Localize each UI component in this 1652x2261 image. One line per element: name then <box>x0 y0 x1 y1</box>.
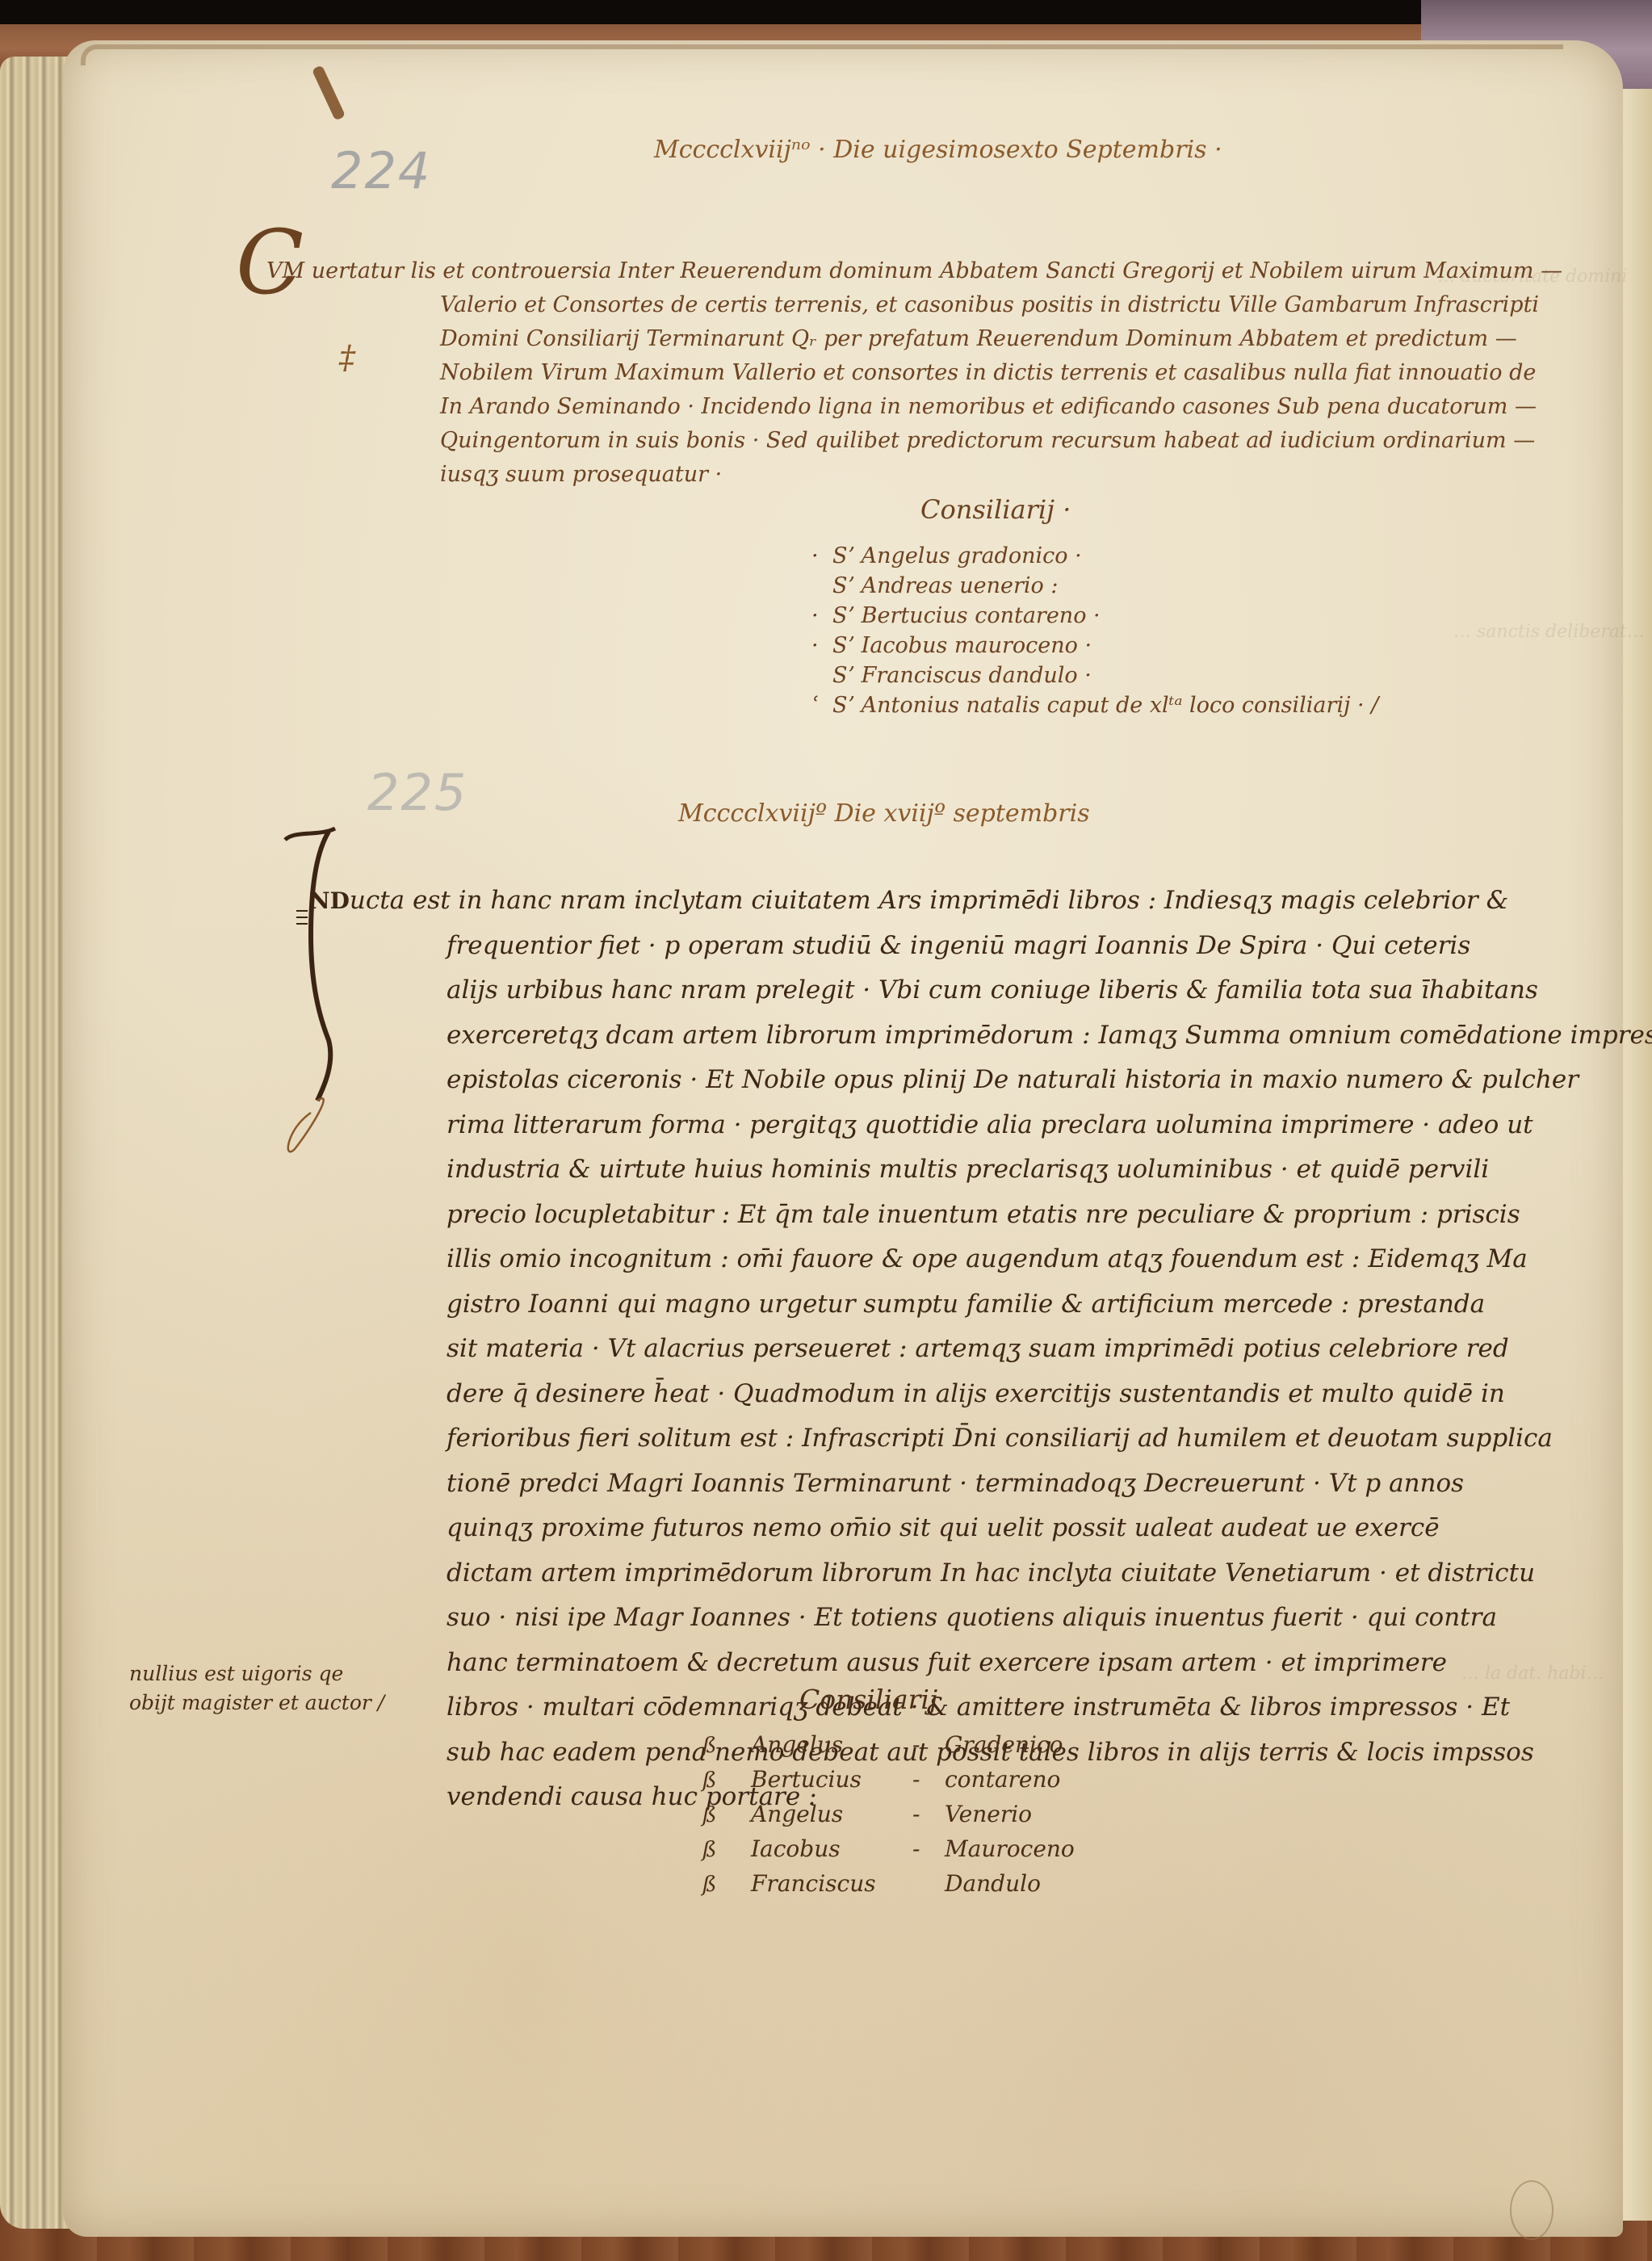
entry2-line: dictam artem imprimēdorum librorum In h… <box>447 1551 1625 1596</box>
counsel-member: Sʼ Franciscus dandulo · <box>811 661 1378 690</box>
signature-mark-icon: ß <box>702 1798 751 1832</box>
entry2-line: industria & uirtute huius hominis multis… <box>447 1147 1625 1193</box>
entry1-line: Quingentorum in suis bonis · Sed quilibe… <box>440 424 1554 458</box>
entry2-line: hanc terminatoem & decretum ausus fuit e… <box>447 1641 1625 1686</box>
entry2-line-text: est in hanc nram inclytam ciuitatem Ars … <box>413 886 1508 915</box>
member-name: Sʼ Bertucius contareno · <box>832 603 1101 628</box>
member-given-name: Franciscus <box>751 1867 912 1901</box>
entry2-line: dere q̄ desinere h̄eat · Quadmodum in al… <box>447 1372 1625 1417</box>
first-word-capitals: ND <box>309 887 350 914</box>
member-name: Sʼ Angelus gradonico · <box>832 543 1082 568</box>
counsel-member: ßAngelus-Gradenico <box>702 1728 1075 1763</box>
entry2-line: exerceretqʒ dcam artem librorum imprimē… <box>447 1013 1625 1059</box>
entry1-counsel-list: ·Sʼ Angelus gradonico · Sʼ Andreas uener… <box>811 541 1378 720</box>
member-family-name: Venerio <box>945 1801 1032 1827</box>
member-family-name: contareno <box>945 1766 1060 1793</box>
counsel-member: ßAngelus-Venerio <box>702 1797 1075 1832</box>
counsel-member: ßBertucius-contareno <box>702 1763 1075 1797</box>
member-given-name: Angelus <box>751 1797 912 1831</box>
member-name: Sʼ Franciscus dandulo · <box>832 663 1092 688</box>
entry1-line: Nobilem Virum Maximum Vallerio et consor… <box>440 356 1554 390</box>
margin-annotation-line: nullius est uigoris qe <box>129 1659 384 1688</box>
entry1-line: VM uertatur lis et controuersia Inter Re… <box>266 254 1554 288</box>
page-fold-rule <box>81 44 1563 65</box>
entry2-line: alijs urbibus hanc nram prelegit · Vbi c… <box>447 968 1625 1013</box>
entry2-line: ferioribus fieri solitum est : Infrascri… <box>447 1416 1625 1462</box>
counsel-member: ßFranciscusDandulo <box>702 1867 1075 1902</box>
member-name: Sʼ Antonius natalis caput de xlᵗᵃ loco c… <box>832 693 1378 718</box>
entry2-line: frequentior fiet · p operam studiū & in… <box>447 924 1625 969</box>
entry1-counsel-title: Consiliarij · <box>920 494 1071 525</box>
member-family-name: Mauroceno <box>945 1835 1075 1862</box>
bullet-mark: ʿ <box>811 690 832 720</box>
entry2-line: epistolas ciceronis · Et Nobile opus pli… <box>447 1058 1625 1103</box>
entry2-line: quinqʒ proxime futuros nemo om̄io sit qu… <box>447 1506 1625 1551</box>
bullet-mark: · <box>811 601 832 631</box>
entry2-text: NDucta est in hanc nram inclytam ciuitat… <box>447 879 1625 1820</box>
member-given-name: Angelus <box>751 1728 912 1762</box>
entry2-counsel-list: ßAngelus-Gradenico ßBertucius-contareno … <box>702 1728 1075 1902</box>
counsel-member: ·Sʼ Angelus gradonico · <box>811 541 1378 571</box>
signature-mark-icon: ß <box>702 1868 751 1902</box>
entry2-date-heading: Mcccclxviijº Die xviijº septembris <box>678 799 1090 828</box>
margin-annotation: nullius est uigoris qe obijt magister et… <box>129 1659 384 1718</box>
entry2-line: NDucta est in hanc nram inclytam ciuitat… <box>309 879 1625 924</box>
first-word-rest: ucta <box>350 886 405 915</box>
signature-mark-icon: ß <box>702 1764 751 1797</box>
member-family-name: Dandulo <box>945 1870 1041 1897</box>
stain-ring <box>1510 2180 1553 2240</box>
signature-mark-icon: ß <box>702 1729 751 1763</box>
bullet-mark: · <box>811 541 832 571</box>
counsel-member: ʿSʼ Antonius natalis caput de xlᵗᵃ loco … <box>811 690 1378 720</box>
counsel-member: Sʼ Andreas uenerio : <box>811 571 1378 601</box>
member-given-name: Iacobus <box>751 1832 912 1866</box>
entry1-date-heading: Mcccclxviijⁿᵒ · Die uigesimosexto Septem… <box>654 136 1222 164</box>
entry2-line: sit materia · Vt alacrius perseueret : a… <box>447 1327 1625 1372</box>
folio-number-224: 224 <box>331 141 431 200</box>
entry2-counsel-title: Consiliarij <box>799 1684 937 1715</box>
entry2-decorated-initial-i-icon <box>279 822 343 1161</box>
signature-mark-icon: ß <box>702 1833 751 1867</box>
entry2-line: illis omio incognitum : om̄i fauore & op… <box>447 1237 1625 1282</box>
bullet-mark: · <box>811 631 832 661</box>
margin-annotation-line: obijt magister et auctor / <box>129 1688 384 1718</box>
bleed-through-text: … sanctis deliberat… <box>1453 622 1645 642</box>
entry2-line: rima litterarum forma · pergitqʒ quottid… <box>447 1103 1625 1148</box>
entry1-text: VM uertatur lis et controuersia Inter Re… <box>440 254 1554 492</box>
entry1-line: Domini Consiliarij Terminarunt Qᵣ per pr… <box>440 322 1554 356</box>
member-given-name: Bertucius <box>751 1763 912 1797</box>
entry1-line: Valerio et Consortes de certis terrenis,… <box>440 288 1554 322</box>
counsel-member: ·Sʼ Bertucius contareno · <box>811 601 1378 631</box>
member-family-name: Gradenico <box>945 1731 1063 1758</box>
entry2-line: libros · multari cōdemnariqʒ debeat · &… <box>447 1685 1625 1730</box>
entry2-line: precio locupletabitur : Et q̄m tale inue… <box>447 1193 1625 1238</box>
counsel-member: ·Sʼ Iacobus mauroceno · <box>811 631 1378 661</box>
entry2-line: gistro Ioanni qui magno urgetur sumptu f… <box>447 1282 1625 1328</box>
member-name: Sʼ Iacobus mauroceno · <box>832 633 1092 658</box>
entry2-line: tionē predci Magri Ioannis Terminarunt … <box>447 1462 1625 1507</box>
margin-cross-mark: ‡ <box>339 339 355 376</box>
entry1-line: iusqʒ suum prosequatur · <box>440 458 1554 492</box>
member-name: Sʼ Andreas uenerio : <box>832 573 1058 598</box>
entry2-line: suo · nisi ipe Magr Ioannes · Et totiens… <box>447 1596 1625 1641</box>
counsel-member: ßIacobus-Mauroceno <box>702 1832 1075 1867</box>
folio-number-225: 225 <box>367 763 468 822</box>
entry1-line: In Arando Seminando · Incidendo ligna in… <box>440 390 1554 424</box>
